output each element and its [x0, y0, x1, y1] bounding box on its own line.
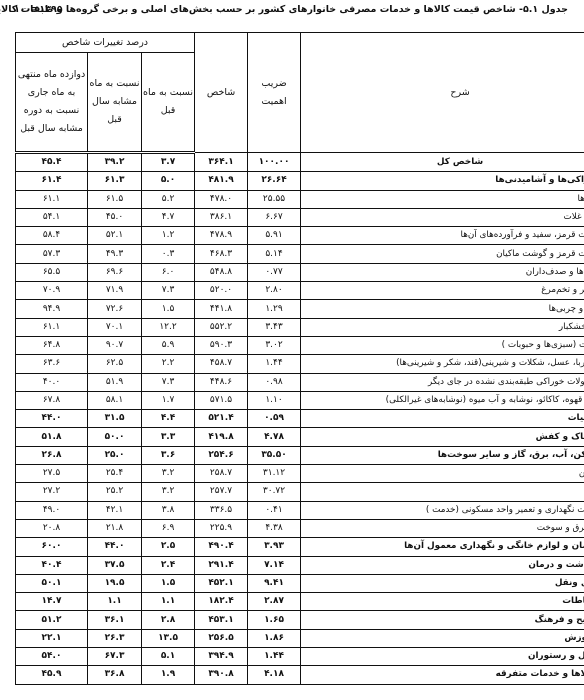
change-same-month-cell: ۲۶.۳: [88, 629, 142, 647]
row-label: نان و غلات: [301, 208, 584, 226]
row-label: ۲- دخانیات: [301, 410, 584, 428]
table-row: روغن‌ها و چربی‌ها۱.۲۹۴۴۱.۸۱.۵۷۲.۶۹۴.۹: [16, 300, 584, 318]
weight-cell: ۳۰.۷۲: [248, 483, 301, 501]
change-twelve-month-cell: ۷۰.۹: [16, 282, 88, 300]
change-twelve-month-cell: ۴۹.۰: [16, 501, 88, 519]
change-same-month-cell: ۳۶.۸: [88, 666, 142, 684]
table-title: جدول ۵.۱- شاخص قیمت کالاها و خدمات مصرفی…: [0, 4, 568, 15]
index-cell: ۴۸۱.۹: [195, 172, 248, 190]
change-prev-month-cell: ۰.۳: [142, 245, 195, 263]
weight-cell: ۱.۴۴: [248, 648, 301, 666]
table-row: خوراکی‌ها۲۵.۵۵۴۷۸.۰۵.۲۶۱.۵۶۱.۱: [16, 190, 584, 208]
change-same-month-cell: ۷۲.۶: [88, 300, 142, 318]
table-row: شکر، مربا، عسل، شکلات و شیرینی(قند، شکر …: [16, 355, 584, 373]
row-label: ۱۰- آموزش: [301, 629, 584, 647]
change-twelve-month-cell: ۲۷.۲: [16, 483, 88, 501]
change-prev-month-cell: ۶.۰: [142, 263, 195, 281]
header-change-prev-month: نسبت به ماه قبل: [142, 53, 195, 153]
row-label: ماهی‌ها و صدف‌داران: [301, 263, 584, 281]
weight-cell: ۳۵.۵۰: [248, 446, 301, 464]
table-row: محصولات خوراکی طبقه‌بندی نشده در جای دیگ…: [16, 373, 584, 391]
change-twelve-month-cell: ۲۰.۸: [16, 519, 88, 537]
weight-cell: ۰.۴۱: [248, 501, 301, 519]
row-label: گوشت قرمز و گوشت ماکیان: [301, 245, 584, 263]
table-row: چای، قهوه، کاکائو، نوشابه و آب میوه (نوش…: [16, 391, 584, 409]
row-label: آب، برق و سوخت: [301, 519, 584, 537]
header-description: شرح: [301, 33, 584, 153]
weight-cell: ۲۵.۵۵: [248, 190, 301, 208]
weight-cell: ۱.۶۵: [248, 611, 301, 629]
row-label: شیر، پنیر و تخم‌مرغ: [301, 282, 584, 300]
change-prev-month-cell: ۵.۰: [142, 172, 195, 190]
change-same-month-cell: ۹۰.۷: [88, 336, 142, 354]
index-cell: ۳۹۰.۸: [195, 666, 248, 684]
index-cell: ۴۷۸.۹: [195, 227, 248, 245]
index-cell: ۲۵۶.۵: [195, 629, 248, 647]
header-weight: ضریب اهمیت: [248, 33, 301, 153]
change-prev-month-cell: ۱.۵: [142, 300, 195, 318]
change-twelve-month-cell: ۶۳.۶: [16, 355, 88, 373]
header-change-twelve-month: دوازده ماه منتهی به ماه جاری نسبت به دور…: [16, 53, 88, 153]
change-same-month-cell: ۳۷.۵: [88, 556, 142, 574]
table-row: ۱۰- آموزش۱.۸۶۲۵۶.۵۱۳.۵۲۶.۳۲۲.۱: [16, 629, 584, 647]
table-row: سبزیجات (سبزی‌ها و حبوبات )۳.۰۲۵۹۰.۳۵.۹۹…: [16, 336, 584, 354]
change-prev-month-cell: ۳.۲: [142, 483, 195, 501]
change-prev-month-cell: ۳.۷: [142, 153, 195, 172]
change-prev-month-cell: ۶.۹: [142, 519, 195, 537]
change-twelve-month-cell: ۶۱.۱: [16, 318, 88, 336]
index-cell: ۳۸۶.۱: [195, 208, 248, 226]
change-prev-month-cell: ۳.۸: [142, 501, 195, 519]
index-cell: ۲۲۵.۹: [195, 519, 248, 537]
change-prev-month-cell: ۱.۵: [142, 574, 195, 592]
change-prev-month-cell: ۳.۶: [142, 446, 195, 464]
table-row: مسکن۳۱.۱۲۲۵۸.۷۳.۲۲۵.۴۲۷.۵: [16, 465, 584, 483]
change-prev-month-cell: ۷.۳: [142, 282, 195, 300]
row-label: ۵- مبلمان و لوازم خانگی و نگهداری معمول …: [301, 538, 584, 556]
change-prev-month-cell: ۲.۲: [142, 355, 195, 373]
row-label: سبزیجات (سبزی‌ها و حبوبات ): [301, 336, 584, 354]
index-cell: ۵۴۸.۸: [195, 263, 248, 281]
change-twelve-month-cell: ۶۰.۰: [16, 538, 88, 556]
index-cell: ۴۵۸.۷: [195, 355, 248, 373]
row-label: محصولات خوراکی طبقه‌بندی نشده در جای دیگ…: [301, 373, 584, 391]
index-cell: ۲۵۴.۶: [195, 446, 248, 464]
title-bar: جدول ۵.۱- شاخص قیمت کالاها و خدمات مصرفی…: [0, 4, 584, 22]
row-label: روغن‌ها و چربی‌ها: [301, 300, 584, 318]
index-cell: ۳۶۴.۱: [195, 153, 248, 172]
row-label: ۹- تفریح و فرهنگ: [301, 611, 584, 629]
row-label: ۷- حمل ونقل: [301, 574, 584, 592]
change-twelve-month-cell: ۵۷.۳: [16, 245, 88, 263]
table-row: خدمات نگهداری و تعمیر واحد مسکونی (خدمت …: [16, 501, 584, 519]
change-same-month-cell: ۵۱.۹: [88, 373, 142, 391]
row-label: ۸- ارتباطات: [301, 593, 584, 611]
index-cell: ۳۹۴.۹: [195, 648, 248, 666]
weight-cell: ۴.۳۸: [248, 519, 301, 537]
table-body: شاخص کل۱۰۰.۰۰۳۶۴.۱۳.۷۳۹.۲۴۵.۴۱- خوراکی‌ه…: [16, 153, 584, 685]
table-row: شیر، پنیر و تخم‌مرغ۲.۸۰۵۲۰.۰۷.۳۷۱.۹۷۰.۹: [16, 282, 584, 300]
header-change-same-month: نسبت به ماه مشابه سال قبل: [88, 53, 142, 153]
change-prev-month-cell: ۱.۱: [142, 593, 195, 611]
change-prev-month-cell: ۵.۱: [142, 648, 195, 666]
change-same-month-cell: ۶۱.۳: [88, 172, 142, 190]
header-change-group: درصد تغییرات شاخص: [16, 33, 195, 53]
weight-cell: ۳۱.۱۲: [248, 465, 301, 483]
change-twelve-month-cell: ۶۴.۸: [16, 336, 88, 354]
index-cell: ۴۴۸.۶: [195, 373, 248, 391]
change-twelve-month-cell: ۶۵.۵: [16, 263, 88, 281]
weight-cell: ۴.۷۸: [248, 428, 301, 446]
change-prev-month-cell: ۴.۷: [142, 208, 195, 226]
change-prev-month-cell: ۷.۳: [142, 373, 195, 391]
change-twelve-month-cell: ۵۰.۱: [16, 574, 88, 592]
table-row: ۷- حمل ونقل۹.۴۱۴۵۲.۱۱.۵۱۹.۵۵۰.۱: [16, 574, 584, 592]
table-row: ماهی‌ها و صدف‌داران۰.۷۷۵۴۸.۸۶.۰۶۹.۶۶۵.۵: [16, 263, 584, 281]
index-cell: ۲۵۷.۷: [195, 483, 248, 501]
index-cell: ۴۴۱.۸: [195, 300, 248, 318]
index-cell: ۵۷۱.۵: [195, 391, 248, 409]
weight-cell: ۲۶.۶۴: [248, 172, 301, 190]
change-same-month-cell: ۶۱.۵: [88, 190, 142, 208]
change-prev-month-cell: ۳.۳: [142, 428, 195, 446]
change-same-month-cell: ۳۶.۱: [88, 611, 142, 629]
change-twelve-month-cell: ۲۶.۸: [16, 446, 88, 464]
change-same-month-cell: ۳۹.۲: [88, 153, 142, 172]
change-same-month-cell: ۱۹.۵: [88, 574, 142, 592]
change-twelve-month-cell: ۶۱.۴: [16, 172, 88, 190]
weight-cell: ۳.۹۳: [248, 538, 301, 556]
index-cell: ۴۵۳.۱: [195, 611, 248, 629]
change-same-month-cell: ۶۲.۵: [88, 355, 142, 373]
index-cell: ۲۵۸.۷: [195, 465, 248, 483]
change-same-month-cell: ۲۵.۲: [88, 483, 142, 501]
row-label: اجاره: [301, 483, 584, 501]
change-same-month-cell: ۲۱.۸: [88, 519, 142, 537]
change-same-month-cell: ۶۷.۳: [88, 648, 142, 666]
index-cell: ۴۵۲.۱: [195, 574, 248, 592]
change-twelve-month-cell: ۶۷.۸: [16, 391, 88, 409]
table-row: ۱۲- کالاها و خدمات متفرقه۴.۱۸۳۹۰.۸۱.۹۳۶.…: [16, 666, 584, 684]
change-prev-month-cell: ۱.۷: [142, 391, 195, 409]
index-cell: ۲۹۱.۴: [195, 556, 248, 574]
table-row: ۱- خوراکی‌ها و آشامیدنی‌ها۲۶.۶۴۴۸۱.۹۵.۰۶…: [16, 172, 584, 190]
weight-cell: ۱۰۰.۰۰: [248, 153, 301, 172]
weight-cell: ۷.۱۴: [248, 556, 301, 574]
change-same-month-cell: ۱.۱: [88, 593, 142, 611]
row-label: خوراکی‌ها: [301, 190, 584, 208]
index-cell: ۵۲۱.۴: [195, 410, 248, 428]
change-prev-month-cell: ۳.۲: [142, 465, 195, 483]
change-same-month-cell: ۳۱.۵: [88, 410, 142, 428]
change-same-month-cell: ۴۲.۱: [88, 501, 142, 519]
change-twelve-month-cell: ۵۴.۰: [16, 648, 88, 666]
change-same-month-cell: ۵۰.۰: [88, 428, 142, 446]
weight-cell: ۳.۰۲: [248, 336, 301, 354]
change-prev-month-cell: ۱.۲: [142, 227, 195, 245]
row-label: ۶- بهداشت و درمان: [301, 556, 584, 574]
index-cell: ۳۳۶.۵: [195, 501, 248, 519]
table-row: ۱۱- هتل و رستوران۱.۴۴۳۹۴.۹۵.۱۶۷.۳۵۴.۰: [16, 648, 584, 666]
row-label: شکر، مربا، عسل، شکلات و شیرینی(قند، شکر …: [301, 355, 584, 373]
change-twelve-month-cell: ۲۷.۵: [16, 465, 88, 483]
row-label: چای، قهوه، کاکائو، نوشابه و آب میوه (نوش…: [301, 391, 584, 409]
weight-cell: ۰.۷۷: [248, 263, 301, 281]
index-cell: ۴۷۸.۰: [195, 190, 248, 208]
index-cell: ۵۵۲.۲: [195, 318, 248, 336]
change-prev-month-cell: ۵.۹: [142, 336, 195, 354]
table-row: ۲- دخانیات۰.۵۹۵۲۱.۴۴.۴۳۱.۵۴۴.۰: [16, 410, 584, 428]
row-label: ۱- خوراکی‌ها و آشامیدنی‌ها: [301, 172, 584, 190]
header-index: شاخص: [195, 33, 248, 153]
change-twelve-month-cell: ۴۰.۴: [16, 556, 88, 574]
row-label: خدمات نگهداری و تعمیر واحد مسکونی (خدمت …: [301, 501, 584, 519]
weight-cell: ۵.۹۱: [248, 227, 301, 245]
change-prev-month-cell: ۴.۴: [142, 410, 195, 428]
change-same-month-cell: ۵۸.۱: [88, 391, 142, 409]
row-label: ۳- پوشاک و کفش: [301, 428, 584, 446]
weight-cell: ۰.۹۸: [248, 373, 301, 391]
weight-cell: ۴.۱۸: [248, 666, 301, 684]
weight-cell: ۲.۸۷: [248, 593, 301, 611]
base-year: ۱۳۹۵=۱۰۰: [14, 4, 63, 15]
weight-cell: ۱.۱۰: [248, 391, 301, 409]
weight-cell: ۶.۶۷: [248, 208, 301, 226]
row-label: گوشت قرمز، سفید و فرآورده‌های آن‌ها: [301, 227, 584, 245]
table-row: ۶- بهداشت و درمان۷.۱۴۲۹۱.۴۲.۴۳۷.۵۴۰.۴: [16, 556, 584, 574]
change-same-month-cell: ۲۵.۰: [88, 446, 142, 464]
weight-cell: ۰.۵۹: [248, 410, 301, 428]
change-same-month-cell: ۴۹.۳: [88, 245, 142, 263]
change-twelve-month-cell: ۹۴.۹: [16, 300, 88, 318]
change-prev-month-cell: ۲.۴: [142, 556, 195, 574]
change-prev-month-cell: ۵.۲: [142, 190, 195, 208]
row-label: مسکن: [301, 465, 584, 483]
change-twelve-month-cell: ۴۰.۰: [16, 373, 88, 391]
change-twelve-month-cell: ۵۴.۱: [16, 208, 88, 226]
weight-cell: ۱.۸۶: [248, 629, 301, 647]
row-label: ۱۱- هتل و رستوران: [301, 648, 584, 666]
change-twelve-month-cell: ۴۵.۴: [16, 153, 88, 172]
table-row: ۴- مسکن، آب، برق، گاز و سایر سوخت‌ها۳۵.۵…: [16, 446, 584, 464]
table-row: ۸- ارتباطات۲.۸۷۱۸۲.۴۱.۱۱.۱۱۴.۷: [16, 593, 584, 611]
table-row: ۵- مبلمان و لوازم خانگی و نگهداری معمول …: [16, 538, 584, 556]
weight-cell: ۹.۴۱: [248, 574, 301, 592]
change-same-month-cell: ۴۵.۰: [88, 208, 142, 226]
weight-cell: ۳.۴۳: [248, 318, 301, 336]
change-same-month-cell: ۷۱.۹: [88, 282, 142, 300]
change-twelve-month-cell: ۵۸.۴: [16, 227, 88, 245]
index-cell: ۵۹۰.۳: [195, 336, 248, 354]
index-cell: ۴۹۰.۴: [195, 538, 248, 556]
index-cell: ۱۸۲.۴: [195, 593, 248, 611]
change-same-month-cell: ۵۲.۱: [88, 227, 142, 245]
change-prev-month-cell: ۲.۸: [142, 611, 195, 629]
weight-cell: ۱.۲۹: [248, 300, 301, 318]
change-prev-month-cell: ۱۲.۲: [142, 318, 195, 336]
change-same-month-cell: ۴۴.۰: [88, 538, 142, 556]
weight-cell: ۲.۸۰: [248, 282, 301, 300]
table-row: اجاره۳۰.۷۲۲۵۷.۷۳.۲۲۵.۲۲۷.۲: [16, 483, 584, 501]
table-row: گوشت قرمز، سفید و فرآورده‌های آن‌ها۵.۹۱۴…: [16, 227, 584, 245]
table-row: میوه و خشکبار۳.۴۳۵۵۲.۲۱۲.۲۷۰.۱۶۱.۱: [16, 318, 584, 336]
change-twelve-month-cell: ۶۱.۱: [16, 190, 88, 208]
change-twelve-month-cell: ۴۴.۰: [16, 410, 88, 428]
change-same-month-cell: ۲۵.۴: [88, 465, 142, 483]
change-same-month-cell: ۶۹.۶: [88, 263, 142, 281]
table-row: گوشت قرمز و گوشت ماکیان۵.۱۴۴۶۸.۳۰.۳۴۹.۳۵…: [16, 245, 584, 263]
change-twelve-month-cell: ۲۲.۱: [16, 629, 88, 647]
change-prev-month-cell: ۱۳.۵: [142, 629, 195, 647]
change-prev-month-cell: ۲.۵: [142, 538, 195, 556]
change-twelve-month-cell: ۴۵.۹: [16, 666, 88, 684]
change-prev-month-cell: ۱.۹: [142, 666, 195, 684]
cpi-table: شرح ضریب اهمیت شاخص درصد تغییرات شاخص نس…: [15, 32, 584, 685]
weight-cell: ۵.۱۴: [248, 245, 301, 263]
row-label: میوه و خشکبار: [301, 318, 584, 336]
index-cell: ۵۲۰.۰: [195, 282, 248, 300]
change-twelve-month-cell: ۵۱.۲: [16, 611, 88, 629]
weight-cell: ۱.۴۴: [248, 355, 301, 373]
row-label: شاخص کل: [301, 153, 584, 172]
table-row: ۹- تفریح و فرهنگ۱.۶۵۴۵۳.۱۲.۸۳۶.۱۵۱.۲: [16, 611, 584, 629]
table-row: شاخص کل۱۰۰.۰۰۳۶۴.۱۳.۷۳۹.۲۴۵.۴: [16, 153, 584, 172]
index-cell: ۴۱۹.۸: [195, 428, 248, 446]
index-cell: ۴۶۸.۳: [195, 245, 248, 263]
change-twelve-month-cell: ۱۴.۷: [16, 593, 88, 611]
table-row: آب، برق و سوخت۴.۳۸۲۲۵.۹۶.۹۲۱.۸۲۰.۸: [16, 519, 584, 537]
table-row: ۳- پوشاک و کفش۴.۷۸۴۱۹.۸۳.۳۵۰.۰۵۱.۸: [16, 428, 584, 446]
table-row: نان و غلات۶.۶۷۳۸۶.۱۴.۷۴۵.۰۵۴.۱: [16, 208, 584, 226]
row-label: ۴- مسکن، آب، برق، گاز و سایر سوخت‌ها: [301, 446, 584, 464]
row-label: ۱۲- کالاها و خدمات متفرقه: [301, 666, 584, 684]
change-twelve-month-cell: ۵۱.۸: [16, 428, 88, 446]
change-same-month-cell: ۷۰.۱: [88, 318, 142, 336]
